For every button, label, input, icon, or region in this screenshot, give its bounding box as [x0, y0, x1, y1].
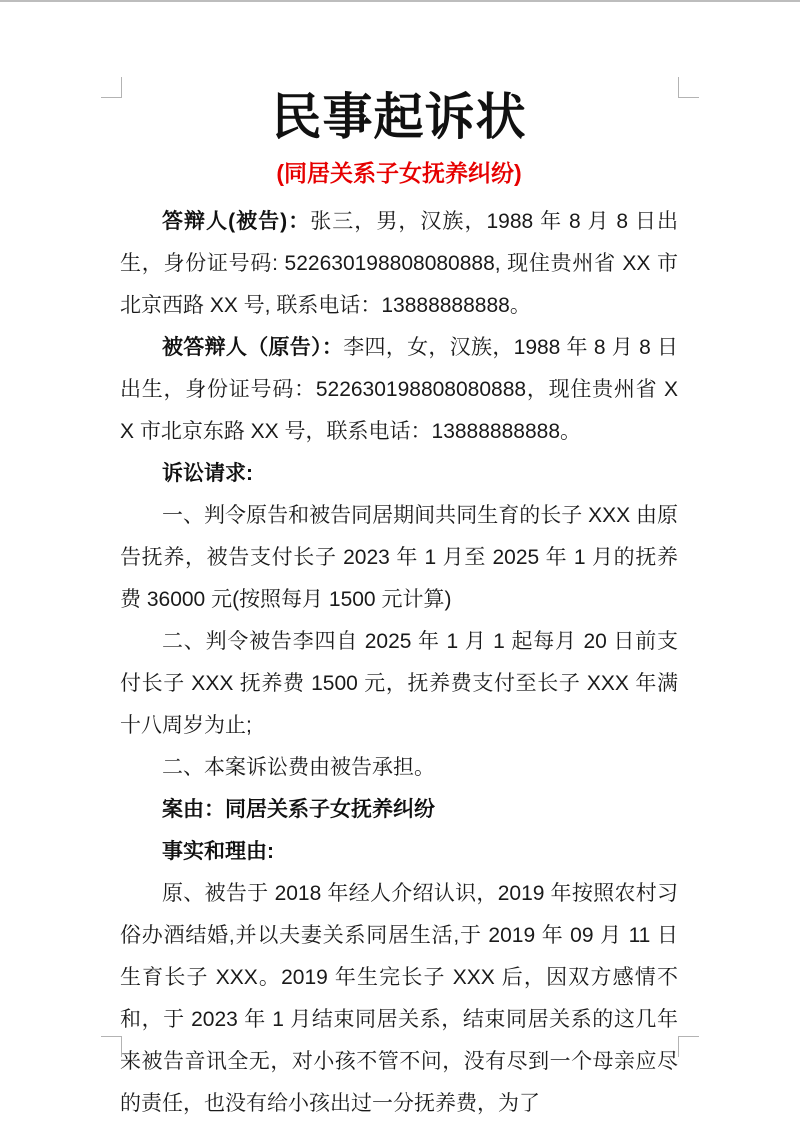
paragraph-claimant: 被答辩人（原告）：李四，女，汉族，1988 年 8 月 8 日出生，身份证号码：… [120, 327, 678, 453]
paragraph-claims-heading: 诉讼请求: [120, 453, 678, 495]
paragraph-lead: 被答辩人（原告）： [162, 336, 343, 359]
margin-corner-mark-bottom-right [678, 1036, 699, 1057]
page-subtitle: (同居关系子女抚养纠纷) [120, 156, 678, 190]
paragraph-cause-of-action: 案由：同居关系子女抚养纠纷 [120, 789, 678, 831]
paragraph-claim-1: 一、判令原告和被告同居期间共同生育的长子 XXX 由原告抚养，被告支付长子 20… [120, 495, 678, 621]
margin-corner-mark-top-left [101, 77, 122, 98]
margin-corner-mark-bottom-left [101, 1036, 122, 1057]
paragraph-text: 原、被告于 2018 年经人介绍认识，2019 年按照农村习俗办酒结婚,并以夫妻… [120, 882, 678, 1115]
paragraph-text: 二、判令被告李四自 2025 年 1 月 1 起每月 20 日前支付长子 XXX… [120, 630, 678, 737]
paragraph-lead: 事实和理由: [162, 840, 274, 863]
paragraph-text: 一、判令原告和被告同居期间共同生育的长子 XXX 由原告抚养，被告支付长子 20… [120, 504, 678, 611]
document-page: 民事起诉状 (同居关系子女抚养纠纷) 答辩人(被告)：张三，男，汉族，1988 … [0, 0, 800, 1131]
paragraph-claim-3: 二、本案诉讼费由被告承担。 [120, 747, 678, 789]
paragraph-respondent: 答辩人(被告)：张三，男，汉族，1988 年 8 月 8 日出生，身份证号码: … [120, 201, 678, 327]
paragraph-facts-body: 原、被告于 2018 年经人介绍认识，2019 年按照农村习俗办酒结婚,并以夫妻… [120, 873, 678, 1125]
document-content: 民事起诉状 (同居关系子女抚养纠纷) 答辩人(被告)：张三，男，汉族，1988 … [120, 0, 678, 1125]
paragraph-lead: 案由：同居关系子女抚养纠纷 [162, 798, 435, 821]
margin-corner-mark-top-right [678, 77, 699, 98]
document-body: 答辩人(被告)：张三，男，汉族，1988 年 8 月 8 日出生，身份证号码: … [120, 201, 678, 1125]
paragraph-claim-2: 二、判令被告李四自 2025 年 1 月 1 起每月 20 日前支付长子 XXX… [120, 621, 678, 747]
paragraph-lead: 诉讼请求: [162, 462, 253, 485]
paragraph-facts-heading: 事实和理由: [120, 831, 678, 873]
paragraph-lead: 答辩人(被告)： [162, 210, 310, 233]
paragraph-text: 二、本案诉讼费由被告承担。 [162, 756, 435, 779]
page-title: 民事起诉状 [120, 84, 678, 150]
